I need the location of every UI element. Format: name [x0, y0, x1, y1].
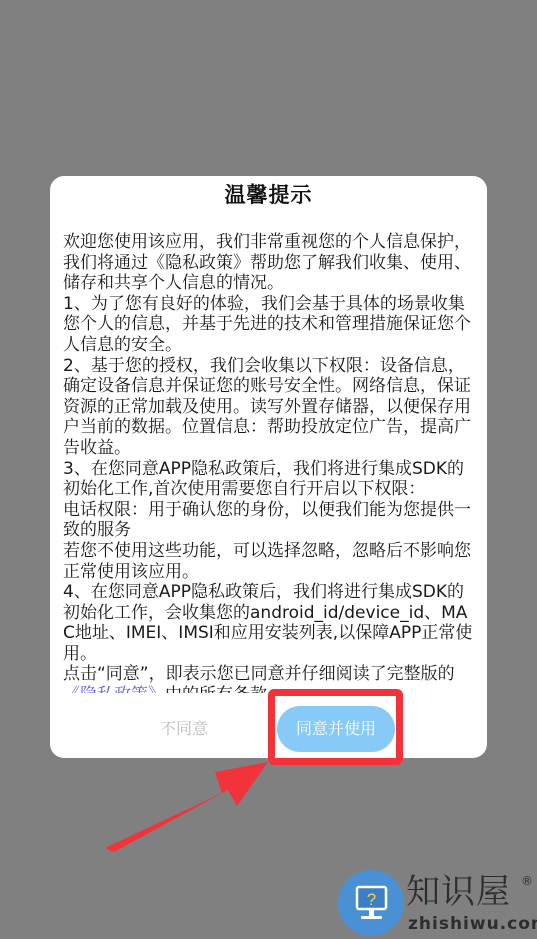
privacy-policy-link[interactable]: 《隐私政策》	[63, 685, 165, 693]
registered-mark: ®	[521, 874, 533, 888]
consent-suffix: 中的所有条款	[165, 685, 267, 693]
screen: 温馨提示 欢迎您使用该应用，我们非常重视您的个人信息保护，我们将通过《隐私政策》…	[0, 0, 537, 939]
privacy-dialog: 温馨提示 欢迎您使用该应用，我们非常重视您的个人信息保护，我们将通过《隐私政策》…	[50, 176, 487, 758]
watermark-domain: zhishiwu.com	[408, 914, 537, 934]
dialog-body-scroll[interactable]: 欢迎您使用该应用，我们非常重视您的个人信息保护，我们将通过《隐私政策》帮助您了解…	[63, 232, 473, 693]
watermark-name: 知识屋	[406, 872, 511, 912]
paragraph-ignore: 若您不使用这些功能，可以选择忽略，忽略后不影响您正常使用该应用。	[63, 541, 473, 582]
watermark-logo: ? 知识屋 ® zhishiwu.com	[338, 870, 537, 939]
agree-and-use-button[interactable]: 同意并使用	[277, 706, 395, 752]
paragraph-phone-permission: 电话权限：用于确认您的身份，以便我们能为您提供一致的服务	[63, 500, 473, 541]
dialog-title: 温馨提示	[50, 180, 487, 210]
paragraph-intro: 欢迎您使用该应用，我们非常重视您的个人信息保护，我们将通过《隐私政策》帮助您了解…	[63, 232, 473, 294]
disagree-button[interactable]: 不同意	[134, 706, 234, 752]
dialog-actions: 不同意 同意并使用	[50, 706, 487, 752]
consent-prefix: 点击“同意”，即表示您已同意并仔细阅读了完整版的	[63, 664, 455, 684]
red-arrow-icon	[100, 760, 270, 855]
paragraph-4: 4、在您同意APP隐私政策后，我们将进行集成SDK的初始化工作，会收集您的and…	[63, 582, 473, 664]
monitor-question-icon: ?	[338, 870, 404, 936]
paragraph-1: 1、为了您有良好的体验，我们会基于具体的场景收集您个人的信息，并基于先进的技术和…	[63, 294, 473, 356]
watermark-circle: ?	[338, 870, 404, 936]
paragraph-3: 3、在您同意APP隐私政策后，我们将进行集成SDK的初始化工作,首次使用需要您自…	[63, 459, 473, 500]
consent-text: 点击“同意”，即表示您已同意并仔细阅读了完整版的《隐私政策》中的所有条款	[63, 664, 473, 693]
svg-text:?: ?	[367, 890, 376, 909]
paragraph-2: 2、基于您的授权，我们会收集以下权限：设备信息，确定设备信息并保证您的账号安全性…	[63, 356, 473, 459]
